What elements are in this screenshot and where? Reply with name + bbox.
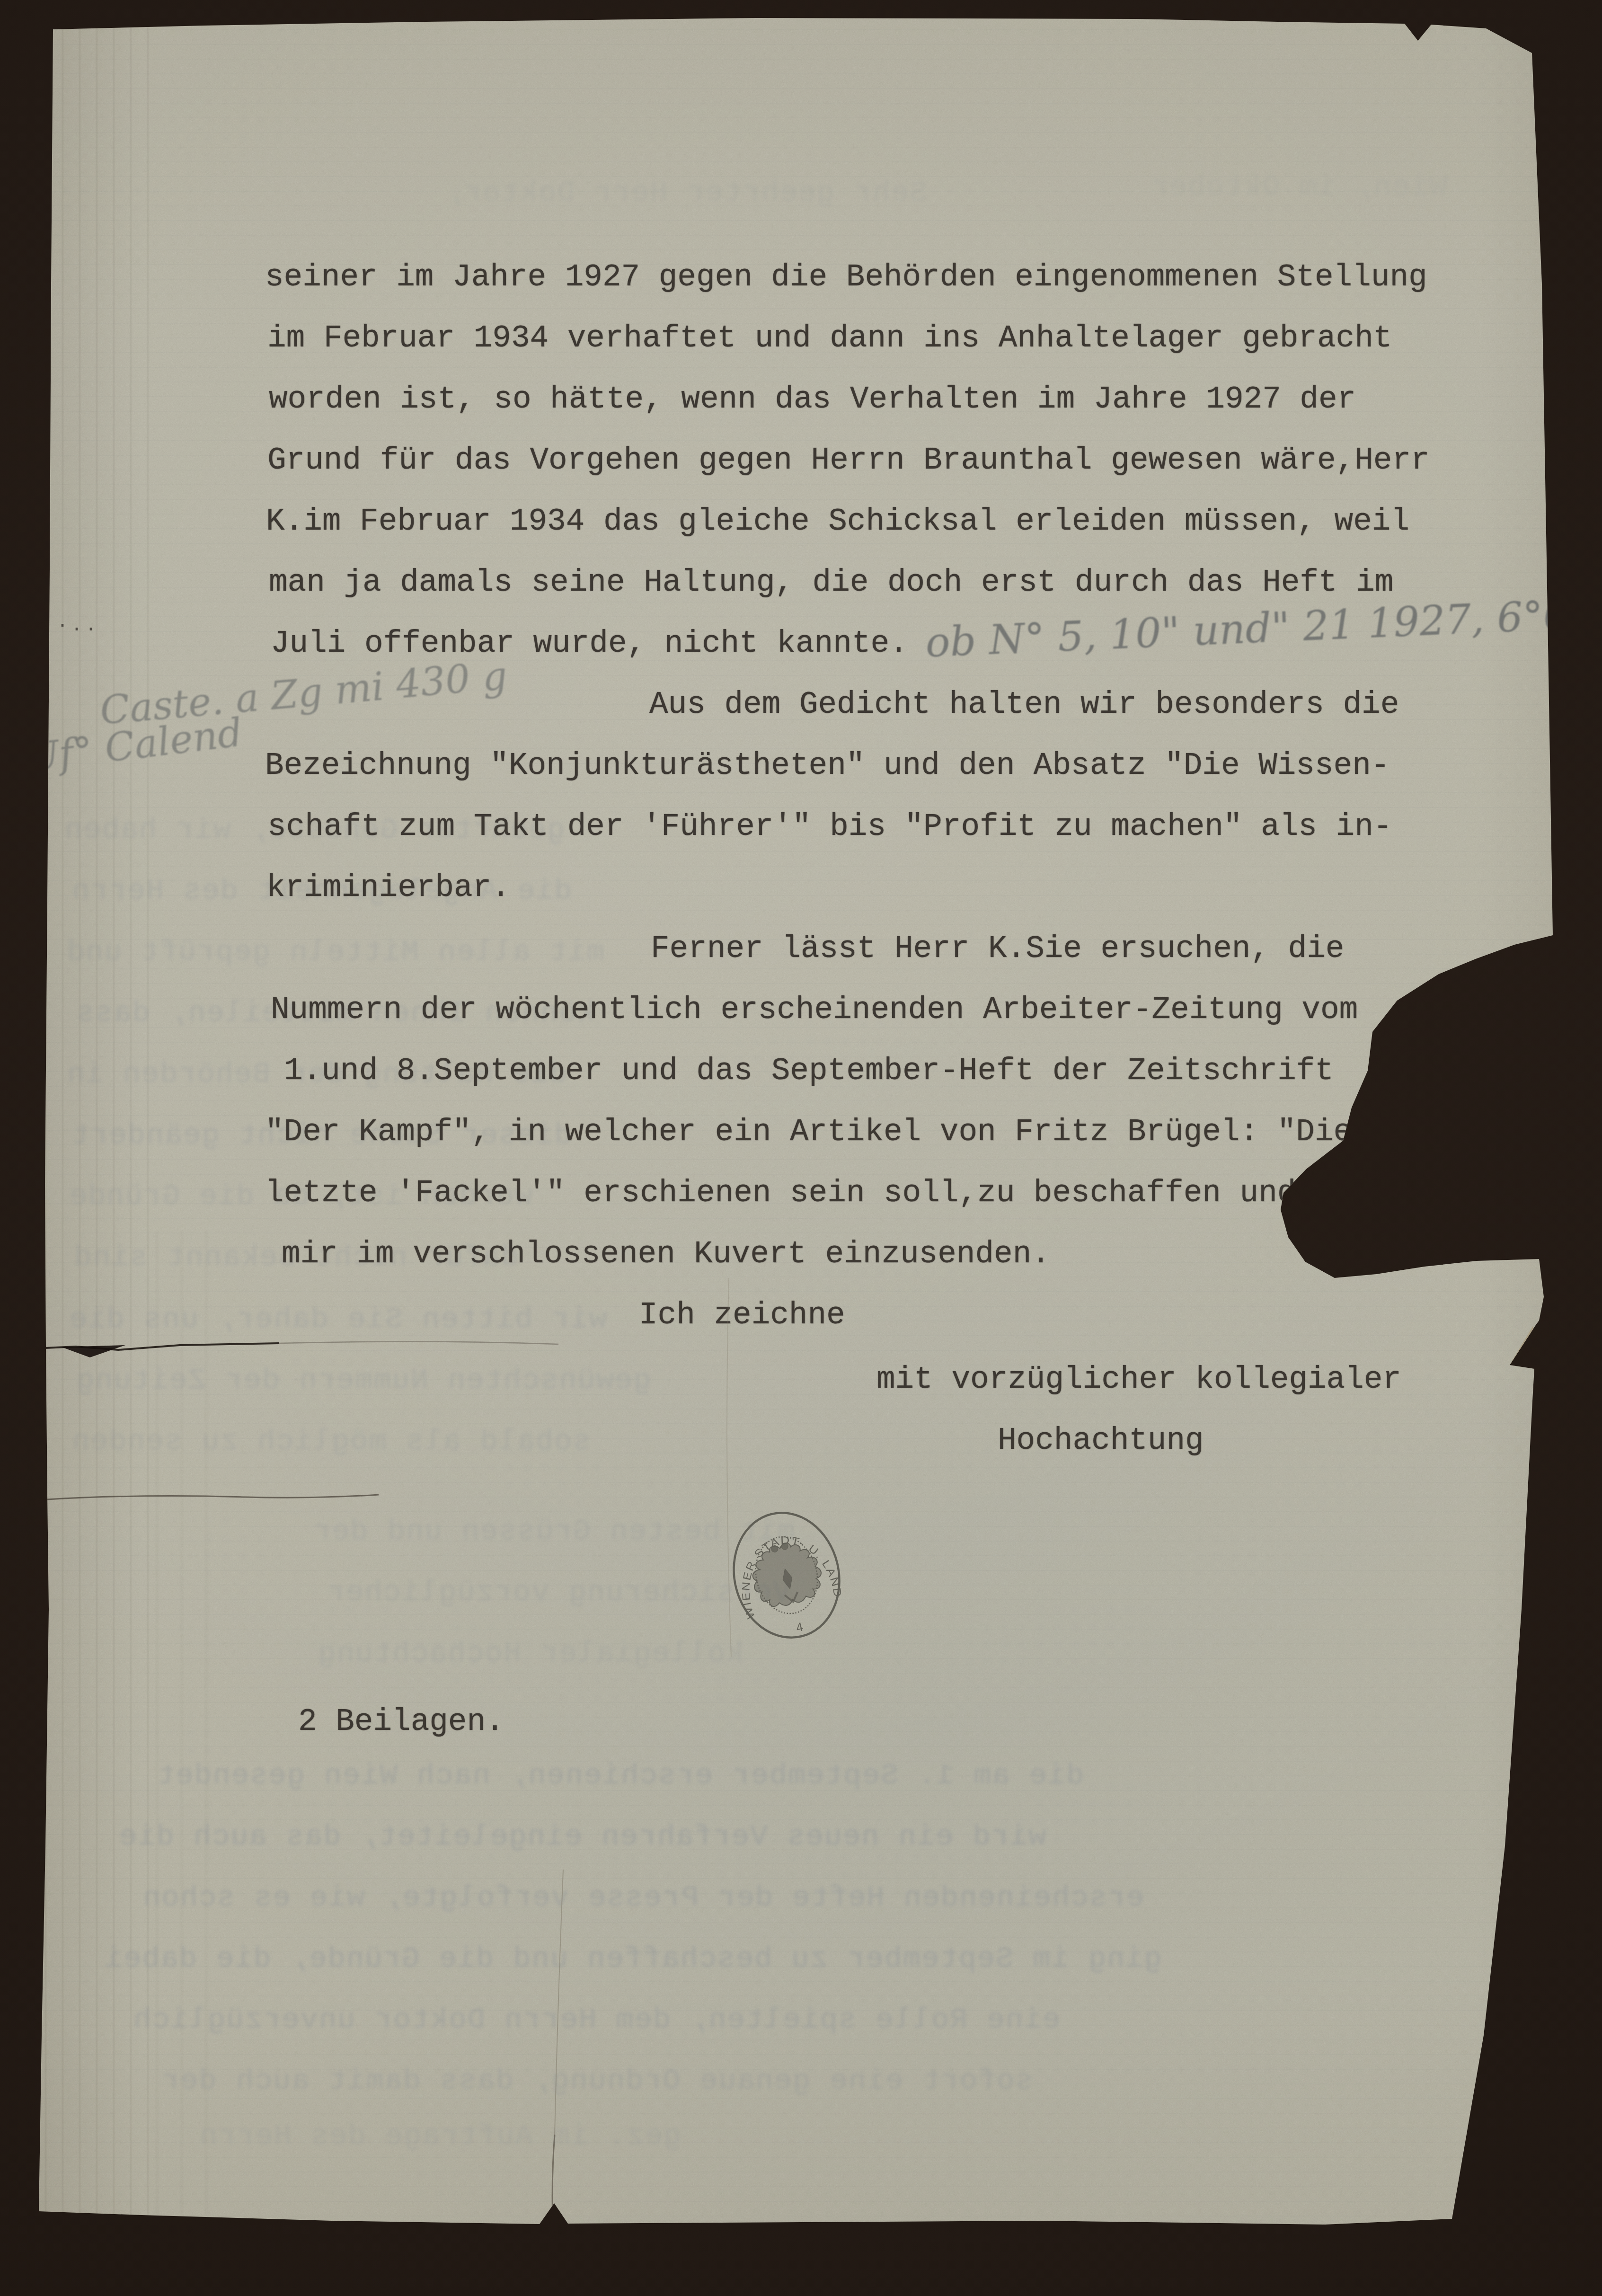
typed-line: Hochachtung (998, 1423, 1204, 1458)
bleedthrough-line: wird ein neues Verfahren eingeleitet, da… (118, 1820, 1046, 1853)
typed-line: 2 Beilagen. (298, 1704, 504, 1739)
typed-line: 1.und 8.September und das September-Heft… (284, 1053, 1334, 1089)
typed-line: kriminierbar. (266, 870, 510, 905)
typed-line: "Der Kampf", in welcher ein Artikel von … (265, 1114, 1352, 1150)
document-sheet: Sehr geehrter Herr Doktor, Wien, im Okto… (0, 0, 1602, 2296)
stamp-inner-ring (748, 1530, 825, 1620)
stamp-ring-text: WIENER STADT- U. LANDESBIBL. (726, 1523, 845, 1622)
stamp-number: 4 (795, 1619, 805, 1635)
typed-line: K.im Februar 1934 das gleiche Schicksal … (266, 504, 1409, 539)
bleedthrough-line: mit besten Grüssen und der (312, 1515, 795, 1548)
paper-fold-streaks (156, 1231, 213, 2220)
flap-shadow (1532, 1328, 1538, 1368)
bleedthrough-line: Wien, im Oktober (1150, 170, 1447, 204)
folded-corner-flap (1511, 1325, 1533, 1366)
crease-line (555, 1870, 563, 2135)
typed-line: man ja damals seine Haltung, die doch er… (269, 565, 1393, 600)
bleedthrough-line: Versicherung vorzüglicher (327, 1576, 790, 1609)
bleedthrough-line: die am 1. September erschienen, nach Wie… (156, 1759, 1084, 1792)
paper-fold-streaks (45, 19, 159, 2215)
stamp-outer-ring (721, 1501, 852, 1649)
scan-background-mat: Sehr geehrter Herr Doktor, Wien, im Okto… (0, 0, 1602, 2296)
library-stamp: WIENER STADT- U. LANDESBIBL. 4 (706, 1495, 867, 1656)
typed-line: mir im verschlossenen Kuvert einzusenden… (282, 1236, 1050, 1272)
crack-line (279, 1341, 558, 1344)
typed-line: im Februar 1934 verhaftet und dann ins A… (267, 320, 1392, 356)
crease-line (727, 1278, 731, 1657)
typed-line: mit vorzüglicher kollegialer (876, 1362, 1401, 1397)
typed-line: schaft zum Takt der 'Führer'" bis "Profi… (267, 809, 1392, 844)
bleedthrough-line: kollegialer Hochachtung (317, 1637, 744, 1670)
typed-line: Grund für das Vorgehen gegen Herrn Braun… (267, 443, 1430, 478)
bleedthrough-line: Sehr geehrter Herr Doktor, (445, 176, 927, 210)
typed-line: Nummern der wöchentlich erscheinenden Ar… (271, 992, 1358, 1028)
double-eagle-icon (746, 1536, 827, 1612)
bleedthrough-line: ging im September zu beschaffen und die … (104, 1942, 1162, 1976)
bleedthrough-line: sofort eine genaue Ordnung, dass damit a… (161, 2064, 1033, 2098)
typed-line: Juli offenbar wurde, nicht kannte. (271, 626, 908, 661)
bleedthrough-line: gez. im Auftrage des Herrn (199, 2119, 681, 2153)
typed-line: Ferner lässt Herr K.Sie ersuchen, die (651, 931, 1344, 966)
margin-dots: ·.. (57, 615, 99, 637)
typed-line: worden ist, so hätte, wenn das Verhalten… (269, 381, 1356, 417)
typed-line: Ich zeichne (639, 1297, 845, 1333)
bleedthrough-line: erscheinenden Hefte der Presse verfolgte… (142, 1881, 1144, 1915)
typed-line: letzte 'Fackel'" erschienen sein soll,zu… (265, 1175, 1296, 1211)
bleedthrough-line: eine Rolle spielten, dem Herrn Doktor un… (133, 2003, 1060, 2037)
typed-line: seiner im Jahre 1927 gegen die Behörden … (265, 259, 1427, 295)
crease-line (552, 2135, 555, 2224)
pencil-note-right: ob N° 5, 10" und" 21 1927, 6°07 (924, 590, 1596, 667)
typed-line: Bezeichnung "Konjunkturästheten" und den… (265, 748, 1390, 783)
typed-line: Aus dem Gedicht halten wir besonders die (649, 687, 1399, 722)
